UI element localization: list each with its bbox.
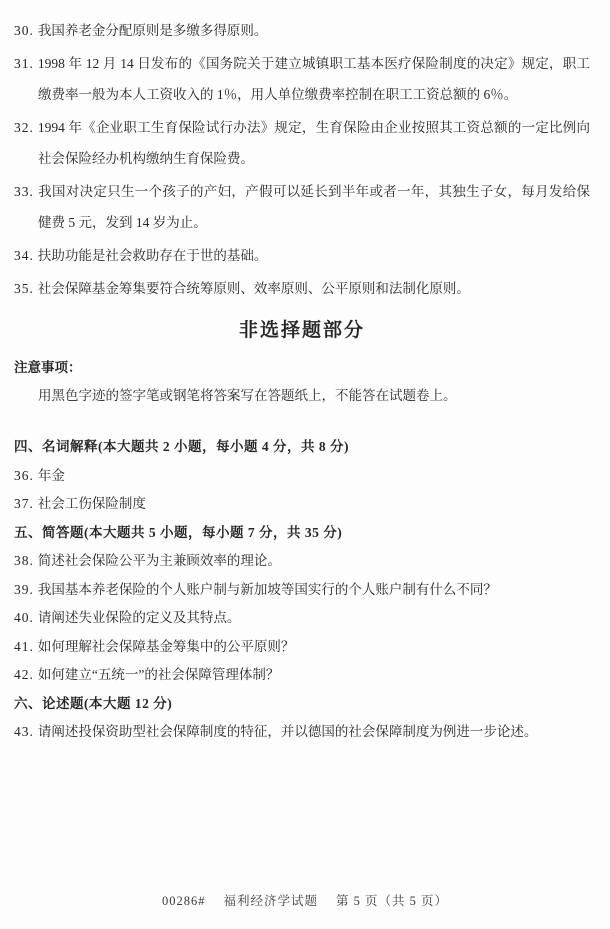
question-number: 33. <box>14 184 38 199</box>
question-text: 请阐述失业保险的定义及其特点。 <box>38 610 241 625</box>
judgment-question-list: 30.我国养老金分配原则是多缴多得原则。 31.1998 年 12 月 14 日… <box>14 15 590 304</box>
question-number: 42. <box>14 667 38 682</box>
question-38: 38.简述社会保险公平为主兼顾效率的理论。 <box>14 547 590 576</box>
question-30: 30.我国养老金分配原则是多缴多得原则。 <box>14 15 590 46</box>
question-number: 34. <box>14 248 38 263</box>
question-43: 43.请阐述投保资助型社会保障制度的特征，并以德国的社会保障制度为例进一步论述。 <box>14 718 590 747</box>
question-35: 35.社会保障基金筹集要符合统筹原则、效率原则、公平原则和法制化原则。 <box>14 273 590 304</box>
question-number: 40. <box>14 610 38 625</box>
question-text: 扶助功能是社会救助存在于世的基础。 <box>38 248 268 263</box>
section-essay: 六、论述题(本大题 12 分) 43.请阐述投保资助型社会保障制度的特征，并以德… <box>14 690 590 747</box>
question-text: 如何建立“五统一”的社会保障管理体制？ <box>38 667 279 682</box>
section-short-answer: 五、简答题(本大题共 5 小题，每小题 7 分，共 35 分) 38.简述社会保… <box>14 519 590 690</box>
question-39: 39.我国基本养老保险的个人账户制与新加坡等国实行的个人账户制有什么不同？ <box>14 576 590 605</box>
section-heading: 四、名词解释(本大题共 2 小题，每小题 4 分，共 8 分) <box>14 433 590 462</box>
question-text: 社会保障基金筹集要符合统筹原则、效率原则、公平原则和法制化原则。 <box>38 281 470 296</box>
question-text: 1998 年 12 月 14 日发布的《国务院关于建立城镇职工基本医疗保险制度的… <box>38 56 590 102</box>
question-33: 33.我国对决定只生一个孩子的产妇，产假可以延长到半年或者一年，其独生子女，每月… <box>14 176 590 238</box>
page-number: 第 5 页（共 5 页） <box>336 894 448 908</box>
question-number: 31. <box>14 56 38 71</box>
section-heading: 五、简答题(本大题共 5 小题，每小题 7 分，共 35 分) <box>14 519 590 548</box>
question-34: 34.扶助功能是社会救助存在于世的基础。 <box>14 240 590 271</box>
exam-page: 30.我国养老金分配原则是多缴多得原则。 31.1998 年 12 月 14 日… <box>0 0 610 929</box>
question-text: 我国基本养老保险的个人账户制与新加坡等国实行的个人账户制有什么不同？ <box>38 582 497 597</box>
question-40: 40.请阐述失业保险的定义及其特点。 <box>14 604 590 633</box>
question-41: 41.如何理解社会保障基金筹集中的公平原则？ <box>14 633 590 662</box>
question-text: 简述社会保险公平为主兼顾效率的理论。 <box>38 553 281 568</box>
question-text: 我国对决定只生一个孩子的产妇，产假可以延长到半年或者一年，其独生子女，每月发给保… <box>38 184 590 230</box>
question-number: 32. <box>14 120 38 135</box>
question-text: 社会工伤保险制度 <box>38 496 146 511</box>
part-title: 非选择题部分 <box>14 315 590 342</box>
question-31: 31.1998 年 12 月 14 日发布的《国务院关于建立城镇职工基本医疗保险… <box>14 48 590 110</box>
question-42: 42.如何建立“五统一”的社会保障管理体制？ <box>14 661 590 690</box>
section-definitions: 四、名词解释(本大题共 2 小题，每小题 4 分，共 8 分) 36.年金 37… <box>14 433 590 519</box>
question-number: 43. <box>14 724 38 739</box>
question-number: 39. <box>14 582 38 597</box>
question-number: 35. <box>14 281 38 296</box>
question-number: 36. <box>14 468 38 483</box>
notice-text: 用黑色字迹的签字笔或钢笔将答案写在答题纸上，不能答在试题卷上。 <box>14 382 590 410</box>
question-32: 32.1994 年《企业职工生育保险试行办法》规定，生育保险由企业按照其工资总额… <box>14 112 590 174</box>
exam-title: 福利经济学试题 <box>223 894 318 908</box>
question-number: 37. <box>14 496 38 511</box>
section-heading: 六、论述题(本大题 12 分) <box>14 690 590 719</box>
question-text: 我国养老金分配原则是多缴多得原则。 <box>38 23 268 38</box>
question-37: 37.社会工伤保险制度 <box>14 490 590 519</box>
page-footer: 00286#福利经济学试题第 5 页（共 5 页） <box>0 891 610 909</box>
question-text: 年金 <box>38 468 65 483</box>
notice-label: 注意事项： <box>14 354 590 382</box>
exam-code: 00286# <box>162 894 206 908</box>
question-number: 41. <box>14 639 38 654</box>
question-36: 36.年金 <box>14 462 590 491</box>
question-text: 1994 年《企业职工生育保险试行办法》规定，生育保险由企业按照其工资总额的一定… <box>38 120 590 166</box>
question-number: 38. <box>14 553 38 568</box>
question-number: 30. <box>14 23 38 38</box>
question-text: 如何理解社会保障基金筹集中的公平原则？ <box>38 639 295 654</box>
question-text: 请阐述投保资助型社会保障制度的特征，并以德国的社会保障制度为例进一步论述。 <box>38 724 538 739</box>
